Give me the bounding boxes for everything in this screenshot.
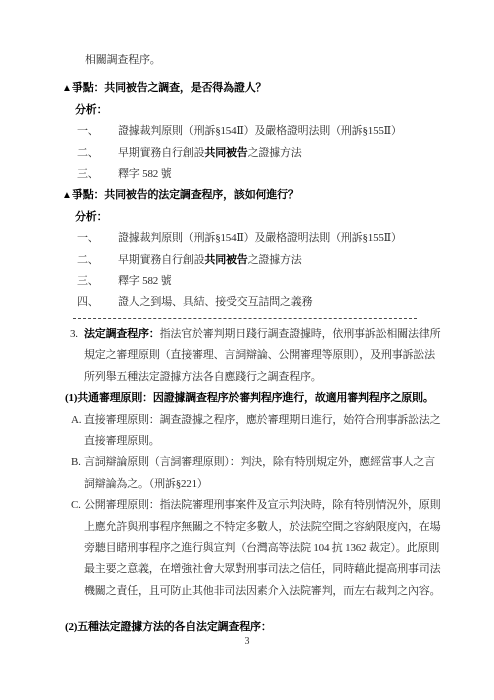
issue1-analysis-label: 分析： (75, 100, 494, 121)
intro-text: 相關調查程序。 (85, 54, 161, 66)
subsection2-title: 五種法定證據方法的各自法定調查程序： (77, 621, 271, 633)
principle-label: A. (71, 410, 84, 431)
principle-label: C. (71, 495, 84, 516)
principle-a-line-2: 直接審理原則。 (84, 431, 494, 452)
subsection1-title: 共通審理原則：因證據調查程序於審判程序進行，故適用審判程序之原則。 (77, 392, 433, 404)
emphasis-text: 共同被告 (204, 147, 247, 159)
issue2-heading: ▲爭點：共同被告的法定調查程序，該如何進行？ (62, 185, 494, 206)
list-number: 二、 (77, 250, 118, 271)
issue2-list-item-2: 二、早期實務自行創設共同被告之證據方法 (77, 250, 494, 271)
issue1-list-item-2: 二、早期實務自行創設共同被告之證據方法 (77, 143, 494, 164)
document-page: 相關調查程序。 ▲爭點：共同被告之調查，是否得為證人？ 分析： 一、證據裁判原則… (0, 0, 494, 700)
principle-c-line-5: 機關之責任，且可防止其他非司法因素介入法院審判，而左右裁判之內容。 (84, 581, 494, 602)
issue2-list-item-3: 三、釋字 582 號 (77, 271, 494, 292)
list-item-text: 釋字 582 號 (118, 168, 171, 180)
issue2-list-item-4: 四、證人之到場、具結、接受交互詰問之義務 (77, 292, 494, 313)
list-item-text: 證據裁判原則（刑訴§154Ⅱ）及嚴格證明法則（刑訴§155Ⅱ） (118, 232, 402, 244)
body-text: 上應允許與刑事程序無關之不特定多數人，於法院空間之容納限度內，在場 (84, 521, 440, 533)
emphasis-text: 共同被告 (204, 254, 247, 266)
list-number: 二、 (77, 143, 118, 164)
dashed-divider (73, 318, 417, 319)
list-item-text: 證據裁判原則（刑訴§154Ⅱ）及嚴格證明法則（刑訴§155Ⅱ） (118, 125, 402, 137)
issue2-title: 爭點：共同被告的法定調查程序，該如何進行？ (72, 189, 299, 201)
body-text: 言詞辯論原則（言詞審理原則）：判決，除有特別規定外，應經當事人之言 (84, 456, 435, 468)
section3-line-1: 3.法定調查程序：指法官於審判期日踐行調查證據時，依刑事訴訟相關法律所 (70, 324, 494, 345)
body-text: 直接審理原則：調查證據之程序，應於審理期日進行，始符合刑事訴訟法之 (84, 414, 440, 426)
principle-c-line-4: 最主要之意義，在增強社會大眾對刑事司法之信任，同時藉此提高刑事司法 (84, 559, 494, 580)
subsection-number: (1) (65, 392, 77, 404)
paragraph-continuation-line: 相關調查程序。 (85, 50, 494, 71)
body-text: 機關之責任，且可防止其他非司法因素介入法院審判，而左右裁判之內容。 (84, 585, 440, 597)
principle-c-line-3: 旁聽目睹刑事程序之進行與宣判（台灣高等法院 104 抗 1362 裁定）。此原則 (84, 538, 494, 559)
body-text: 直接審理原則。 (84, 435, 160, 447)
body-text: 指法官於審判期日踐行調查證據時，依刑事訴訟相關法律所 (160, 328, 441, 340)
subsection-number: (2) (65, 621, 77, 633)
principle-c-line-1: C.公開審理原則：指法院審理刑事案件及宣示判決時，除有特別情況外，原則 (71, 495, 494, 516)
body-text: 所列舉五種法定證據方法各自應踐行之調查程序。 (84, 371, 322, 383)
principle-c-line-2: 上應允許與刑事程序無關之不特定多數人，於法院空間之容納限度內，在場 (84, 517, 494, 538)
document-content: 相關調查程序。 ▲爭點：共同被告之調查，是否得為證人？ 分析： 一、證據裁判原則… (0, 0, 494, 639)
principle-label: B. (71, 452, 84, 473)
list-item-text: 早期實務自行創設 (118, 147, 204, 159)
body-text: 旁聽目睹刑事程序之進行與宣判（台灣高等法院 104 抗 1362 裁定）。此原則 (84, 542, 439, 554)
principle-b-line-1: B.言詞辯論原則（言詞審理原則）：判決，除有特別規定外，應經當事人之言 (71, 452, 494, 473)
list-number: 一、 (77, 228, 118, 249)
list-item-text: 之證據方法 (248, 147, 302, 159)
section3-line-2: 規定之審理原則（直接審理、言詞辯論、公開審理等原則），及刑事訴訟法 (84, 345, 494, 366)
page-number: 3 (0, 636, 494, 647)
triangle-bullet-icon: ▲ (62, 83, 72, 94)
list-item-text: 之證據方法 (248, 254, 302, 266)
issue1-heading: ▲爭點：共同被告之調查，是否得為證人？ (62, 78, 494, 99)
section-number: 3. (70, 324, 84, 345)
list-item-text: 證人之到場、具結、接受交互詰問之義務 (118, 296, 312, 308)
issue2-list-item-1: 一、證據裁判原則（刑訴§154Ⅱ）及嚴格證明法則（刑訴§155Ⅱ） (77, 228, 494, 249)
list-number: 三、 (77, 164, 118, 185)
body-text: 最主要之意義，在增強社會大眾對刑事司法之信任，同時藉此提高刑事司法 (84, 563, 440, 575)
body-text: 公開審理原則：指法院審理刑事案件及宣示判決時，除有特別情況外，原則 (84, 499, 440, 511)
issue1-list-item-3: 三、釋字 582 號 (77, 164, 494, 185)
section3-line-3: 所列舉五種法定證據方法各自應踐行之調查程序。 (84, 367, 494, 388)
triangle-bullet-icon: ▲ (62, 190, 72, 201)
list-number: 三、 (77, 271, 118, 292)
body-text: 規定之審理原則（直接審理、言詞辯論、公開審理等原則），及刑事訴訟法 (84, 349, 435, 361)
issue1-list-item-1: 一、證據裁判原則（刑訴§154Ⅱ）及嚴格證明法則（刑訴§155Ⅱ） (77, 121, 494, 142)
list-number: 一、 (77, 121, 118, 142)
subsection1-heading: (1)共通審理原則：因證據調查程序於審判程序進行，故適用審判程序之原則。 (65, 388, 494, 409)
section3-title: 法定調查程序： (84, 328, 160, 340)
principle-a-line-1: A.直接審理原則：調查證據之程序，應於審理期日進行，始符合刑事訴訟法之 (71, 410, 494, 431)
list-item-text: 早期實務自行創設 (118, 254, 204, 266)
issue2-analysis-label: 分析： (75, 207, 494, 228)
list-number: 四、 (77, 292, 118, 313)
list-item-text: 釋字 582 號 (118, 275, 171, 287)
principle-b-line-2: 詞辯論為之。（刑訴§221） (84, 474, 494, 495)
body-text: 詞辯論為之。（刑訴§221） (84, 478, 208, 490)
issue1-title: 爭點：共同被告之調查，是否得為證人？ (72, 82, 266, 94)
